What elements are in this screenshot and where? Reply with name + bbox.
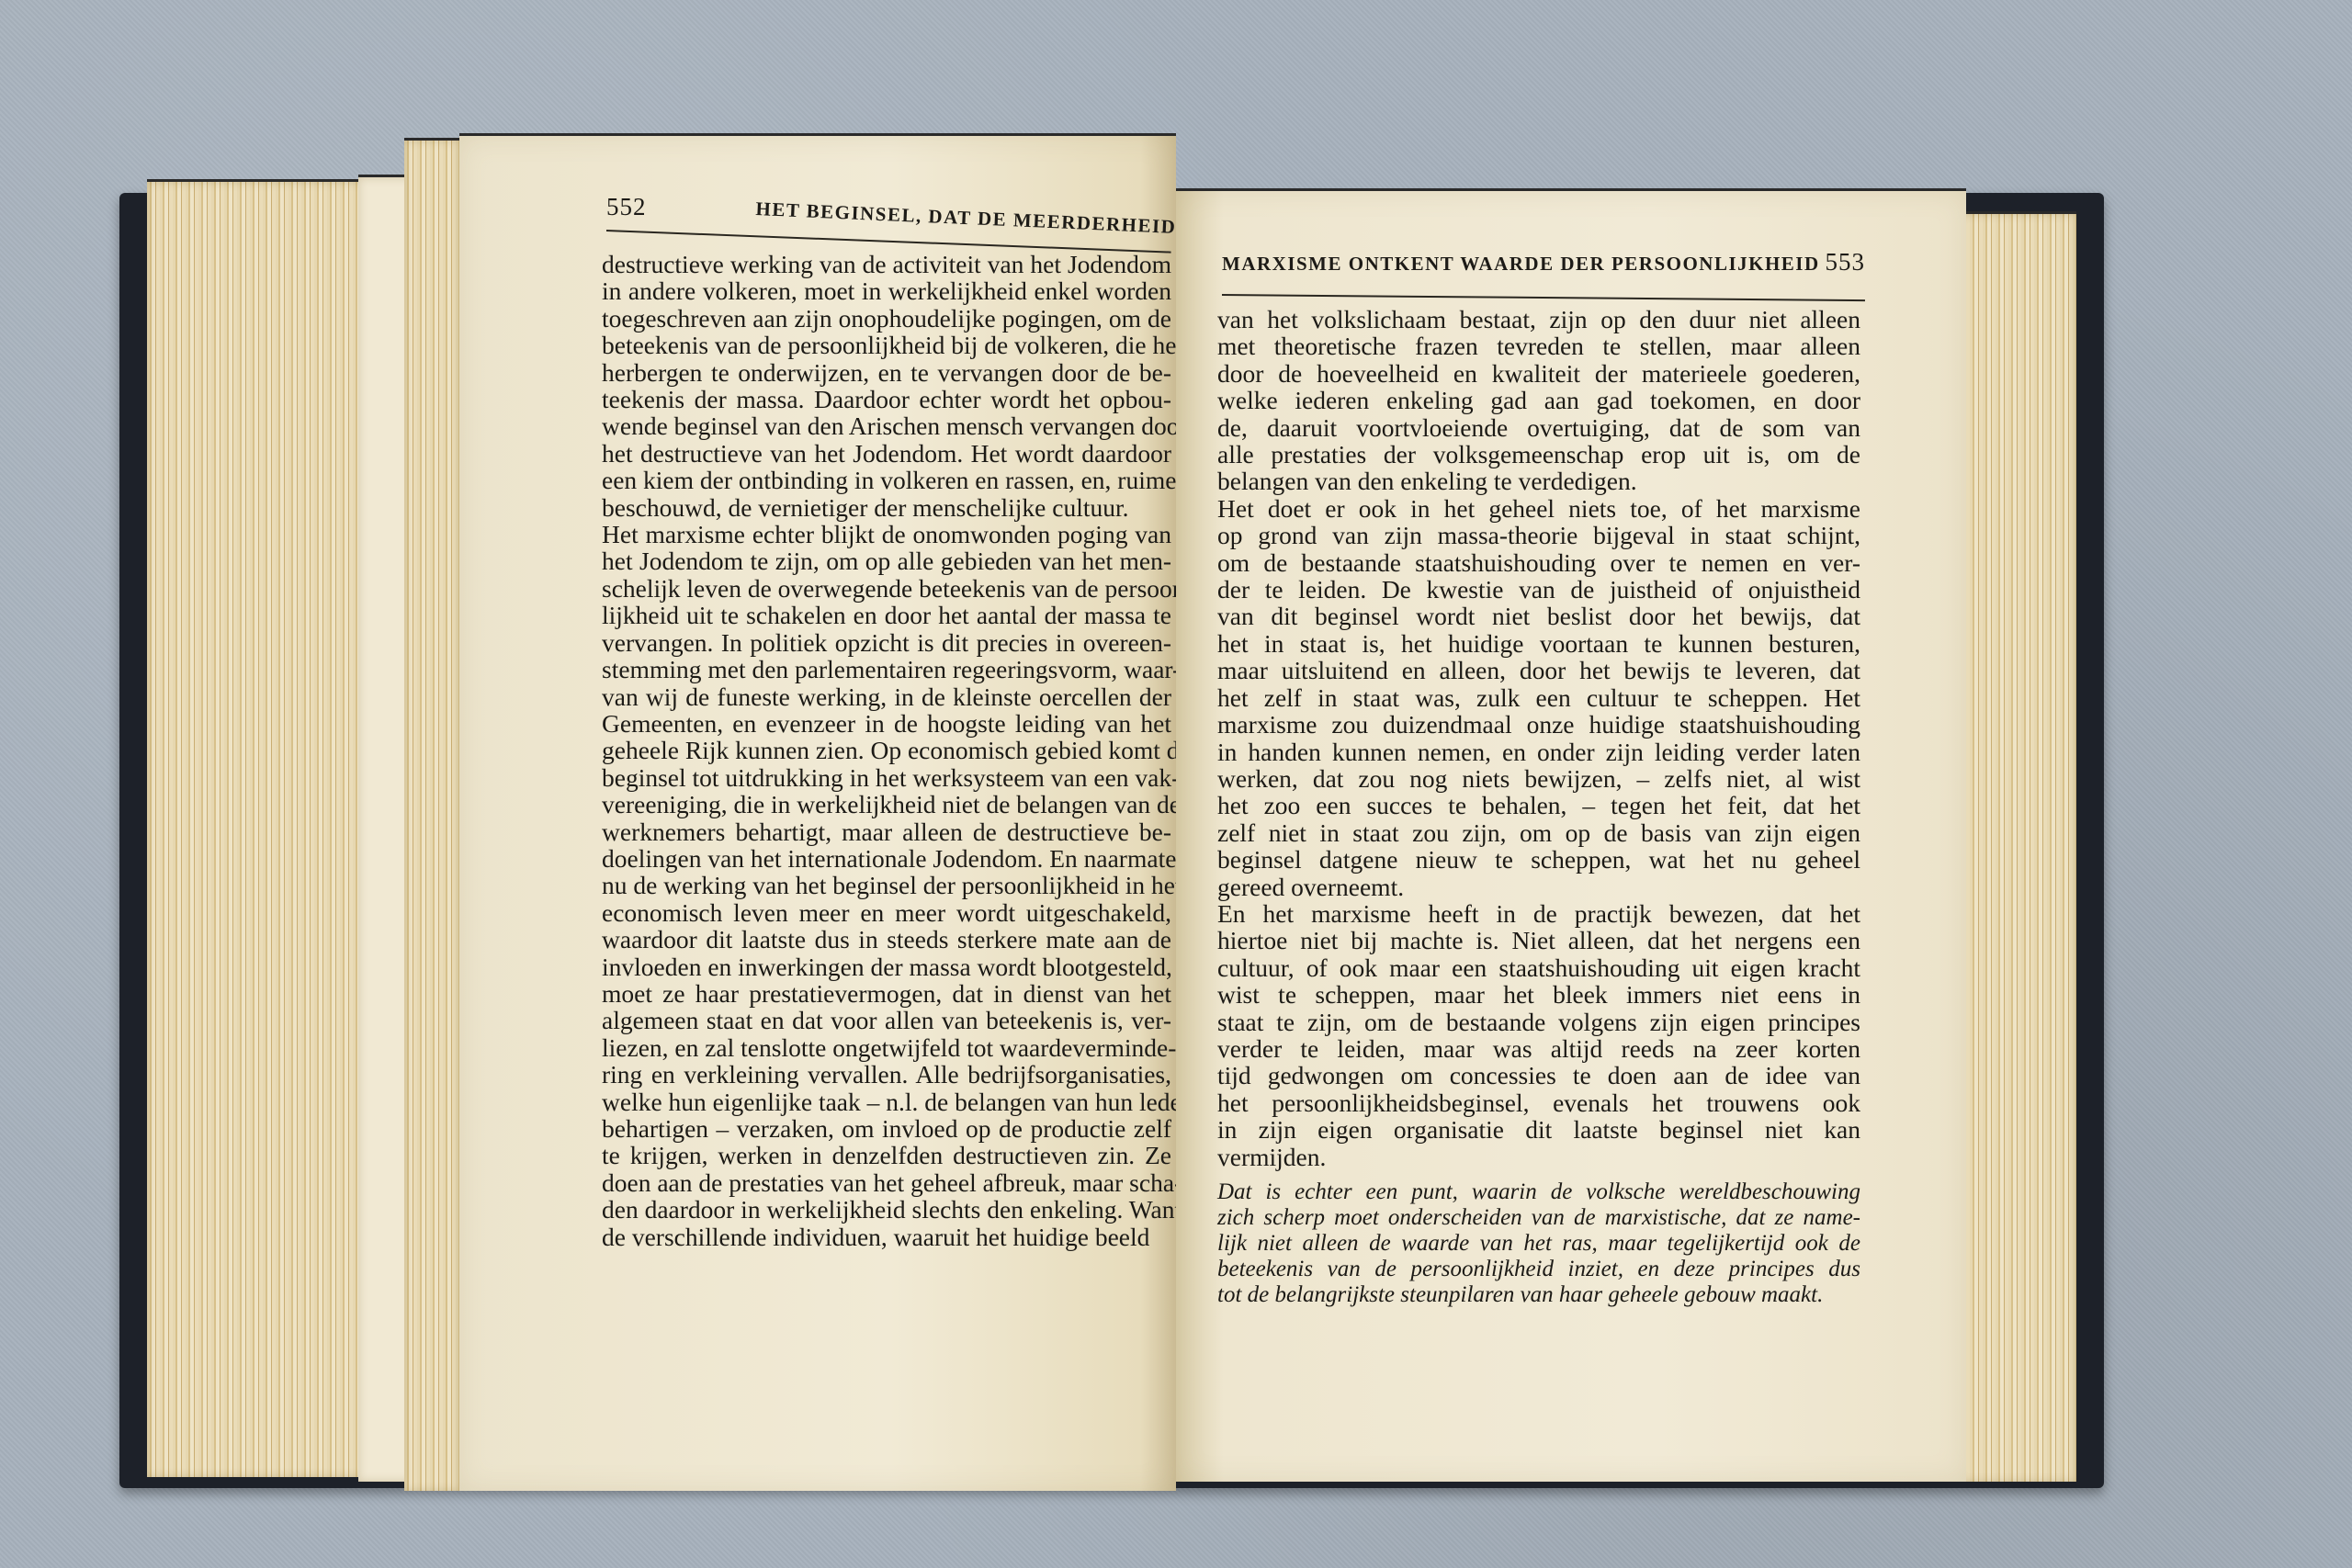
text-line: het in staat is, het huidige voortaan te… xyxy=(1217,630,1860,657)
text-line: tijd gedwongen om concessies te doen aan… xyxy=(1217,1062,1860,1089)
text-line: beteekenis van de persoonlijkheid inziet… xyxy=(1217,1257,1860,1282)
text-line: herbergen te onderwijzen, en te vervange… xyxy=(602,359,1171,386)
right-running-head: MARXISME ONTKENT WAARDE DER PERSOONLIJKH… xyxy=(1222,248,1865,276)
running-head-title-right: MARXISME ONTKENT WAARDE DER PERSOONLIJKH… xyxy=(1222,253,1820,276)
text-line: behartigen – verzaken, om invloed op de … xyxy=(602,1115,1171,1142)
text-line: waardoor dit laatste dus in steeds sterk… xyxy=(602,926,1171,953)
text-line: vervangen. In politiek opzicht is dit pr… xyxy=(602,629,1171,656)
header-rule-right xyxy=(1222,294,1865,301)
left-page: 552 HET BEGINSEL, DAT DE MEERDERHEID BES… xyxy=(459,133,1176,1491)
left-body-text: destructieve werking van de activiteit v… xyxy=(602,251,1171,1250)
text-line: zelf niet in staat zou zijn, om op de ba… xyxy=(1217,819,1860,846)
text-line: zich scherp moet onderscheiden van de ma… xyxy=(1217,1205,1860,1231)
text-line: den daardoor in werkelijkheid slechts de… xyxy=(602,1196,1171,1223)
text-line: wende beginsel van den Arischen mensch v… xyxy=(602,412,1171,439)
text-line: stemming met den parlementairen regeerin… xyxy=(602,656,1171,682)
text-line: Gemeenten, en evenzeer in de hoogste lei… xyxy=(602,710,1171,737)
text-line: doelingen van het internationale Jodendo… xyxy=(602,845,1171,872)
text-line: schelijk leven de overwegende beteekenis… xyxy=(602,575,1171,602)
text-line: op grond van zijn massa-theorie bijgeval… xyxy=(1217,522,1860,548)
text-line: verder te leiden, maar was altijd reeds … xyxy=(1217,1035,1860,1062)
text-line: wist te scheppen, maar het bleek immers … xyxy=(1217,981,1860,1008)
text-line: van wij de funeste werking, in de kleins… xyxy=(602,683,1171,710)
text-line: maar uitsluitend en alleen, door het bew… xyxy=(1217,657,1860,683)
text-line: economisch leven meer en meer wordt uitg… xyxy=(602,899,1171,926)
text-line: moet ze haar prestatievermogen, dat in d… xyxy=(602,980,1171,1007)
text-line: hiertoe niet bij machte is. Niet alleen,… xyxy=(1217,927,1860,953)
text-line: gereed overneemt. xyxy=(1217,874,1860,900)
text-line: het destructieve van het Jodendom. Het w… xyxy=(602,440,1171,467)
text-line: Het marxisme echter blijkt de onomwonden… xyxy=(602,521,1171,547)
text-line: vermijden. xyxy=(1217,1144,1860,1170)
text-line: om de bestaande staatshuishouding over t… xyxy=(1217,549,1860,576)
text-line: de verschillende individuen, waaruit het… xyxy=(602,1224,1171,1250)
text-line: der te leiden. De kwestie van de juisthe… xyxy=(1217,576,1860,603)
text-line: beschouwd, de vernietiger der menschelij… xyxy=(602,494,1171,521)
text-line: het zoo een succes te behalen, – tegen h… xyxy=(1217,792,1860,818)
text-line: cultuur, of ook maar een staatshuishoudi… xyxy=(1217,954,1860,981)
text-line: werken, dat zou nog niets bewijzen, – ze… xyxy=(1217,765,1860,792)
page-number-left: 552 xyxy=(606,193,647,221)
text-line: algemeen staat en dat voor allen van bet… xyxy=(602,1007,1171,1033)
text-line: ring en verkleining vervallen. Alle bedr… xyxy=(602,1061,1171,1088)
text-line: het persoonlijkheidsbeginsel, evenals he… xyxy=(1217,1089,1860,1116)
text-line: in handen kunnen nemen, en onder zijn le… xyxy=(1217,739,1860,765)
text-line: in andere volkeren, moet in werkelijkhei… xyxy=(602,277,1171,304)
text-line: beteekenis van de persoonlijkheid bij de… xyxy=(602,332,1171,358)
photo-scene: 552 HET BEGINSEL, DAT DE MEERDERHEID BES… xyxy=(0,0,2352,1568)
text-line: teekenis der massa. Daardoor echter word… xyxy=(602,386,1171,412)
text-line: doen aan de prestaties van het geheel af… xyxy=(602,1169,1171,1196)
page-number-right: 553 xyxy=(1826,248,1866,276)
text-line: liezen, en zal tenslotte ongetwijfeld to… xyxy=(602,1034,1171,1061)
page-edges-left-outer xyxy=(147,179,377,1477)
text-line: destructieve werking van de activiteit v… xyxy=(602,251,1171,277)
page-edges-left-inner xyxy=(404,138,459,1491)
text-line: met theoretische frazen tevreden te stel… xyxy=(1217,333,1860,359)
right-body-text: van het volkslichaam bestaat, zijn op de… xyxy=(1217,306,1860,1308)
text-line: een kiem der ontbinding in volkeren en r… xyxy=(602,467,1171,493)
text-line: En het marxisme heeft in de practijk bew… xyxy=(1217,900,1860,927)
text-line: het Jodendom te zijn, om op alle gebiede… xyxy=(602,547,1171,574)
text-line: belangen van den enkeling te verdedigen. xyxy=(1217,468,1860,494)
text-line: het zelf in staat was, zulk een cultuur … xyxy=(1217,684,1860,711)
paragraph-gap xyxy=(1217,1170,1860,1179)
text-line: werknemers behartigt, maar alleen de des… xyxy=(602,818,1171,845)
text-line: staat te zijn, om de bestaande volgens z… xyxy=(1217,1009,1860,1035)
text-line: welke hun eigenlijke taak – n.l. de bela… xyxy=(602,1089,1171,1115)
text-line: nu de werking van het beginsel der perso… xyxy=(602,872,1171,898)
right-page: MARXISME ONTKENT WAARDE DER PERSOONLIJKH… xyxy=(1176,188,1966,1482)
text-line: de, daaruit voortvloeiende overtuiging, … xyxy=(1217,414,1860,441)
page-edges-right xyxy=(1957,211,2076,1482)
text-line: lijkheid uit te schakelen en door het aa… xyxy=(602,602,1171,628)
text-line: alle prestaties der volksgemeenschap ero… xyxy=(1217,441,1860,468)
text-line: welke iederen enkeling gad aan gad toeko… xyxy=(1217,387,1860,413)
text-line: lijk niet alleen de waarde van het ras, … xyxy=(1217,1231,1860,1257)
text-line: invloeden en inwerkingen der massa wordt… xyxy=(602,953,1171,980)
text-line: marxisme zou duizendmaal onze huidige st… xyxy=(1217,711,1860,738)
text-line: beginsel datgene nieuw te scheppen, wat … xyxy=(1217,846,1860,873)
text-line: tot de belangrijkste steunpilaren van ha… xyxy=(1217,1282,1860,1308)
text-line: geheele Rijk kunnen zien. Op economisch … xyxy=(602,737,1171,763)
text-line: van dit beginsel wordt niet beslist door… xyxy=(1217,603,1860,629)
text-line: Het doet er ook in het geheel niets toe,… xyxy=(1217,495,1860,522)
left-running-head: 552 HET BEGINSEL, DAT DE MEERDERHEID BES… xyxy=(606,193,1167,221)
text-line: Dat is echter een punt, waarin de volksc… xyxy=(1217,1179,1860,1205)
text-line: door de hoeveelheid en kwaliteit der mat… xyxy=(1217,360,1860,387)
text-line: te krijgen, werken in denzelfden destruc… xyxy=(602,1142,1171,1168)
text-line: van het volkslichaam bestaat, zijn op de… xyxy=(1217,306,1860,333)
text-line: vereeniging, die in werkelijkheid niet d… xyxy=(602,791,1171,818)
text-line: toegeschreven aan zijn onophoudelijke po… xyxy=(602,305,1171,332)
text-line: in zijn eigen organisatie dit laatste be… xyxy=(1217,1116,1860,1143)
text-line: beginsel tot uitdrukking in het werksyst… xyxy=(602,764,1171,791)
